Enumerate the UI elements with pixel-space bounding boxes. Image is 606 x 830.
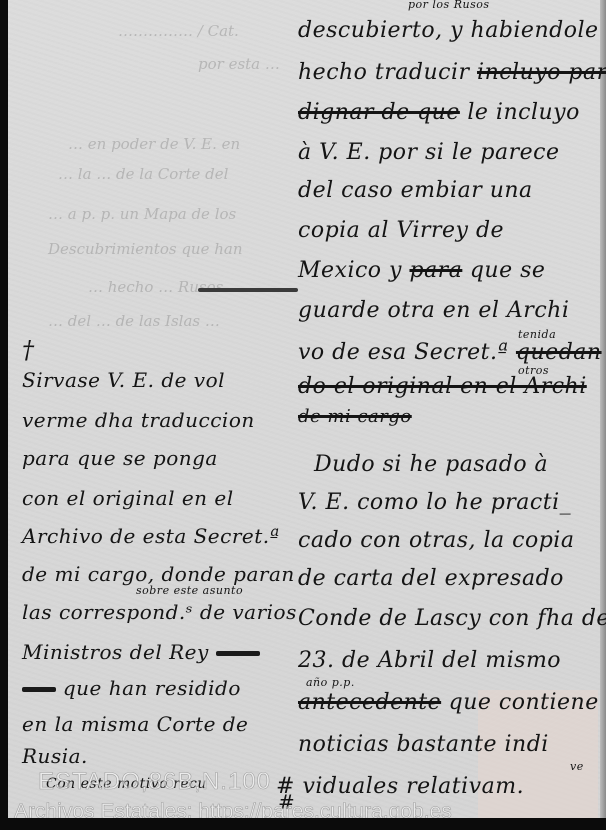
bleed-through-line: por esta … (198, 55, 280, 73)
margin-line: Ministros del Rey (22, 640, 260, 664)
margin-line: de mi cargo, donde paran (22, 562, 295, 586)
archive-source-watermark: Archivos Estatales: https://pares.cultur… (14, 800, 452, 818)
bleed-through-line: … la … de la Corte del (58, 165, 228, 183)
text-line: à V. E. por si le parece (298, 140, 559, 165)
text-line: Dudo si he pasado à (314, 452, 548, 477)
interlinear-insertion: por los Rusos (408, 0, 489, 11)
bleed-through-line: … a p. p. un Mapa de los (48, 205, 236, 223)
margin-line: en la misma Corte de (22, 712, 248, 736)
margin-line: las correspond.ˢ de varios (22, 600, 297, 624)
margin-line-content: Ministros del Rey (22, 640, 209, 664)
bleed-through-line: … del … de las Islas … (48, 312, 220, 330)
margin-line-content: que han residido (63, 676, 241, 700)
struck-text: quedan (516, 340, 602, 365)
text-line-content: vo de esa Secret.ª (298, 340, 508, 365)
text-line: copia al Virrey de (298, 218, 504, 243)
margin-line: que han residido (22, 676, 241, 700)
text-line-content: Mexico y (298, 258, 402, 283)
text-line-content: hecho traducir (298, 60, 470, 85)
page-right-edge (600, 0, 606, 818)
interlinear-insertion: sobre este asunto (136, 584, 243, 597)
margin-line: con el original en el (22, 486, 234, 510)
ink-strike (216, 651, 260, 656)
struck-text: incluyo para (477, 60, 606, 85)
text-line-content: que contiene (449, 690, 599, 715)
ink-strike (22, 687, 56, 692)
text-line: antecedente que contiene (298, 690, 599, 715)
struck-text: dignar de que (298, 100, 460, 125)
margin-line: Archivo de esta Secret.ª (22, 524, 280, 548)
scan-bottom-border (0, 818, 606, 830)
struck-line: do el original en el Archi (298, 374, 587, 399)
text-line: 23. de Abril del mismo (298, 648, 561, 673)
text-line: descubierto, y habiendole (298, 18, 599, 43)
bleed-through-line: Descubrimientos que han (48, 240, 243, 258)
struck-text: para (409, 258, 462, 283)
margin-line: verme dha traduccion (22, 408, 255, 432)
text-line-content: viduales relativam. (302, 774, 524, 799)
interlinear-insertion: año p.p. (306, 676, 355, 689)
text-line-content: que se (470, 258, 546, 283)
text-line: cado con otras, la copia (298, 528, 574, 553)
text-line-content: le incluyo (467, 100, 579, 125)
ink-strike (198, 288, 298, 292)
bleed-through-line: … hecho … Rusos (88, 278, 223, 296)
insertion-marker: † (22, 336, 35, 364)
struck-text: antecedente (298, 690, 441, 715)
text-line: hecho traducir incluyo para (298, 60, 606, 85)
interlinear-insertion: ve (570, 760, 584, 773)
struck-line: de mi cargo (298, 406, 412, 427)
scan-left-border (0, 0, 8, 830)
text-line: de carta del expresado (298, 566, 564, 591)
text-line: V. E. como lo he practi_ (298, 490, 571, 515)
margin-line: Sirvase V. E. de vol (22, 368, 225, 392)
text-line: Conde de Lascy con fha de (298, 606, 606, 631)
text-line: noticias bastante indi (298, 732, 549, 757)
text-line: # viduales relativam. (276, 774, 524, 799)
margin-line: para que se ponga (22, 446, 218, 470)
margin-line: Rusia. (22, 744, 88, 768)
manuscript-page: …………… / Cat. por esta … … en poder de V.… (8, 0, 606, 818)
bleed-through-line: …………… / Cat. (118, 22, 239, 40)
bleed-through-line: … en poder de V. E. en (68, 135, 240, 153)
text-line: Mexico y para que se (298, 258, 545, 283)
text-line: vo de esa Secret.ª quedan (298, 340, 602, 365)
text-line: guarde otra en el Archi (298, 298, 569, 323)
archive-reference-watermark: ESTADO,86B,N.100 (38, 768, 271, 796)
text-line: dignar de que le incluyo (298, 100, 580, 125)
text-line: del caso embiar una (298, 178, 533, 203)
